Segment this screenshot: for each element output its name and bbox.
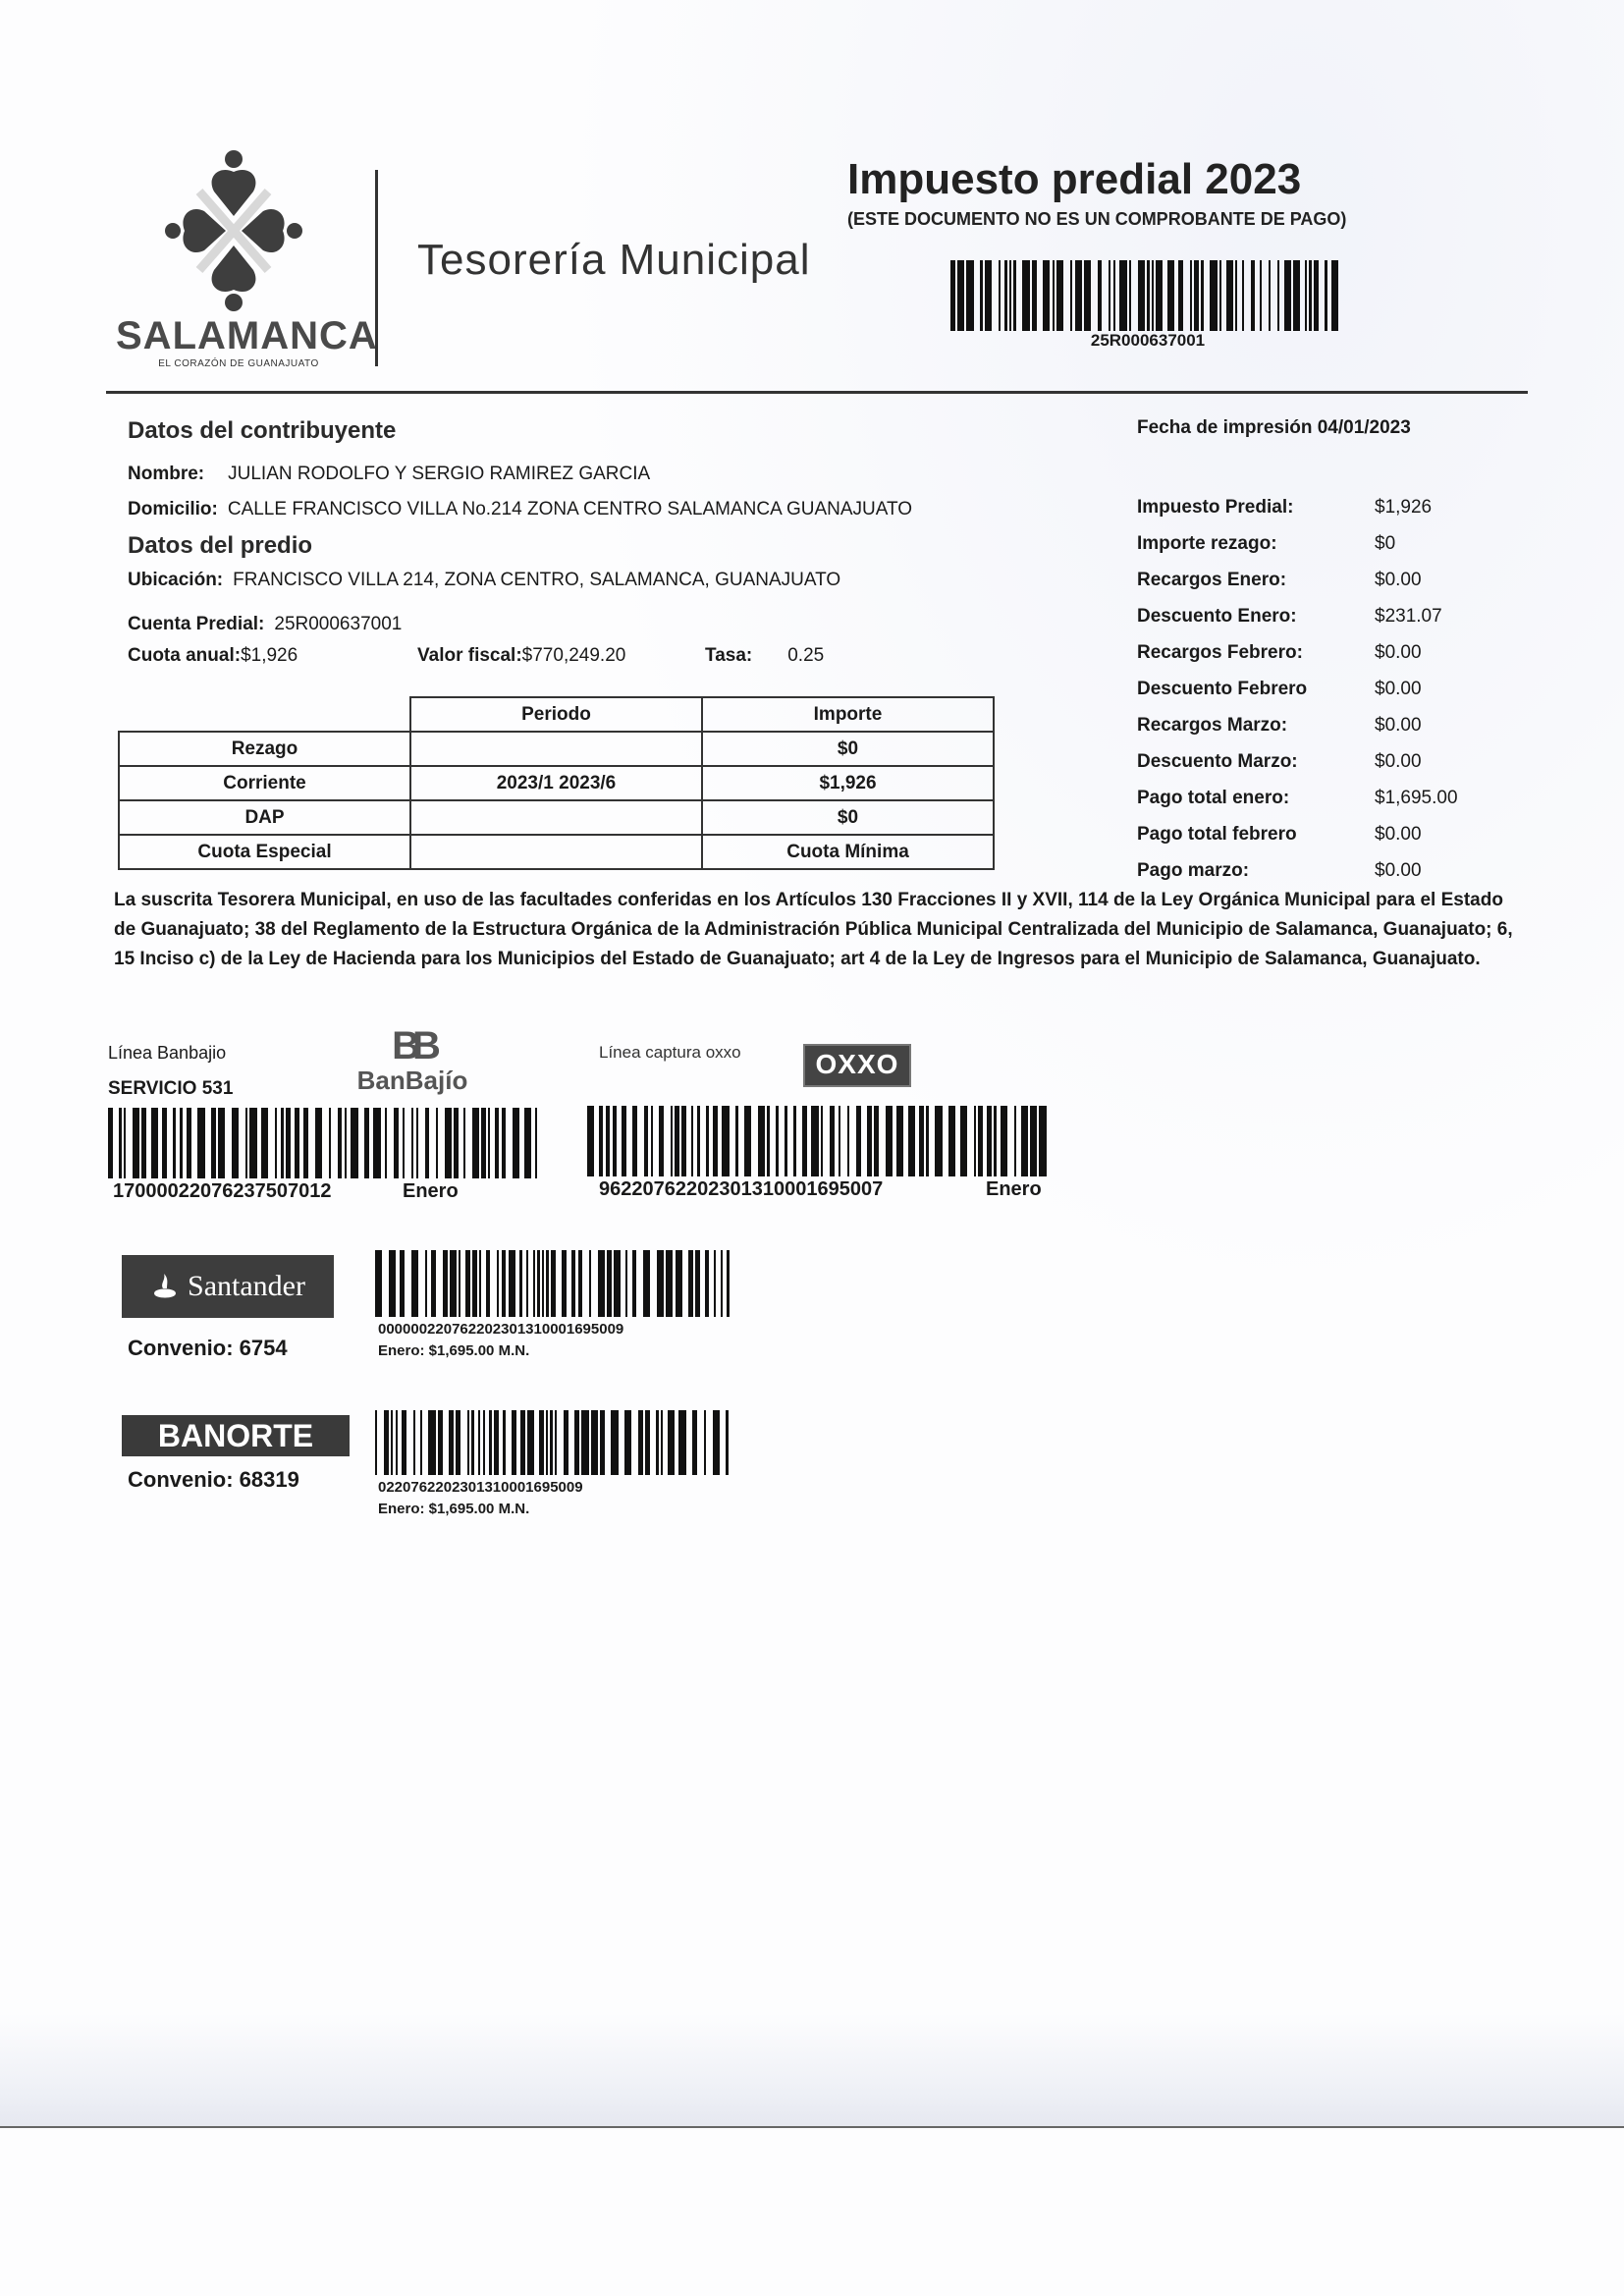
ubicacion-value: FRANCISCO VILLA 214, ZONA CENTRO, SALAMA…	[233, 570, 840, 591]
santander-amount: Enero: $1,695.00 M.N.	[378, 1342, 529, 1359]
summary-value: $0	[1375, 533, 1395, 555]
summary-label: Descuento Enero:	[1137, 606, 1375, 628]
oxxo-logo: OXXO	[803, 1044, 911, 1087]
summary-label: Recargos Febrero:	[1137, 642, 1375, 664]
account-barcode-number: 25R000637001	[950, 331, 1345, 351]
ubicacion-row: Ubicación: FRANCISCO VILLA 214, ZONA CEN…	[128, 570, 840, 591]
summary-value: $0.00	[1375, 679, 1422, 700]
oxxo-reference-number: 96220762202301310001695007	[599, 1178, 883, 1201]
summary-label: Descuento Marzo:	[1137, 751, 1375, 773]
table-cell: $0	[702, 732, 994, 766]
section-title-predio: Datos del predio	[128, 532, 312, 560]
summary-value: $0.00	[1375, 642, 1422, 664]
table-cell: Rezago	[119, 732, 410, 766]
santander-convenio: Convenio: 6754	[128, 1336, 288, 1361]
valor-fiscal-label: Valor fiscal:	[417, 645, 522, 667]
cuota-anual-row: Cuota anual: $1,926	[128, 645, 298, 667]
summary-row: Recargos Febrero:$0.00	[1137, 634, 1549, 671]
santander-reference-number: 000000220762202301310001695009	[378, 1321, 623, 1338]
table-cell: $0	[702, 800, 994, 835]
santander-flame-icon	[150, 1272, 180, 1301]
tasa-value: 0.25	[787, 645, 824, 667]
banbajio-line-label: Línea Banbajio	[108, 1043, 226, 1064]
summary-value: $0.00	[1375, 751, 1422, 773]
banorte-amount: Enero: $1,695.00 M.N.	[378, 1501, 529, 1517]
summary-value: $0.00	[1375, 570, 1422, 591]
logo-tagline: EL CORAZÓN DE GUANAJUATO	[116, 358, 361, 369]
summary-row: Descuento Marzo:$0.00	[1137, 743, 1549, 780]
legal-notice: La suscrita Tesorera Municipal, en uso d…	[114, 886, 1528, 974]
banorte-barcode	[375, 1410, 731, 1475]
summary-value: $1,926	[1375, 497, 1432, 519]
summary-row: Descuento Enero:$231.07	[1137, 598, 1549, 634]
tasa-row: Tasa: 0.25	[705, 645, 824, 667]
summary-label: Pago total enero:	[1137, 788, 1375, 809]
cuenta-predial-value: 25R000637001	[274, 614, 402, 635]
department-title: Tesorería Municipal	[417, 236, 811, 285]
banbajio-servicio: SERVICIO 531	[108, 1078, 233, 1100]
summary-value: $1,695.00	[1375, 788, 1458, 809]
page-fold-shadow	[0, 2013, 1624, 2126]
section-title-contribuyente: Datos del contribuyente	[128, 417, 396, 445]
summary-label: Recargos Enero:	[1137, 570, 1375, 591]
document-disclaimer: (ESTE DOCUMENTO NO ES UN COMPROBANTE DE …	[847, 209, 1346, 230]
table-row: Cuota EspecialCuota Mínima	[119, 835, 994, 869]
table-cell: DAP	[119, 800, 410, 835]
cuenta-predial-label: Cuenta Predial:	[128, 614, 264, 635]
table-header-importe: Importe	[702, 697, 994, 732]
periodo-table: Periodo Importe Rezago$0Corriente2023/1 …	[118, 696, 995, 870]
table-cell	[410, 732, 702, 766]
account-barcode	[950, 260, 1345, 331]
summary-row: Recargos Enero:$0.00	[1137, 562, 1549, 598]
logo-name: SALAMANCA	[116, 314, 361, 358]
banbajio-wordmark: BanBajío	[344, 1066, 481, 1095]
banbajio-month: Enero	[403, 1180, 459, 1203]
nombre-row: Nombre: JULIAN RODOLFO Y SERGIO RAMIREZ …	[128, 464, 650, 485]
summary-value: $0.00	[1375, 824, 1422, 846]
summary-row: Pago marzo:$0.00	[1137, 852, 1549, 889]
santander-wordmark: Santander	[188, 1270, 305, 1303]
table-row: Corriente2023/1 2023/6$1,926	[119, 766, 994, 800]
table-header-blank	[119, 697, 410, 732]
page-edge-line	[0, 2126, 1624, 2128]
oxxo-line-label: Línea captura oxxo	[599, 1043, 741, 1063]
summary-value: $0.00	[1375, 715, 1422, 737]
salamanca-emblem-icon	[165, 147, 302, 314]
table-cell	[410, 800, 702, 835]
nombre-value: JULIAN RODOLFO Y SERGIO RAMIREZ GARCIA	[228, 464, 650, 485]
summary-row: Pago total enero:$1,695.00	[1137, 780, 1549, 816]
oxxo-barcode	[587, 1106, 1049, 1176]
table-cell: $1,926	[702, 766, 994, 800]
summary-row: Pago total febrero$0.00	[1137, 816, 1549, 852]
domicilio-row: Domicilio: CALLE FRANCISCO VILLA No.214 …	[128, 499, 912, 520]
oxxo-month: Enero	[986, 1178, 1042, 1201]
banorte-reference-number: 0220762202301310001695009	[378, 1479, 583, 1496]
santander-barcode	[375, 1250, 731, 1317]
table-header-periodo: Periodo	[410, 697, 702, 732]
fecha-impresion: Fecha de impresión 04/01/2023	[1137, 417, 1411, 439]
summary-value: $0.00	[1375, 860, 1422, 882]
summary-label: Pago total febrero	[1137, 824, 1375, 846]
banbajio-logo: BB BanBajío	[344, 1026, 481, 1100]
banbajio-barcode	[108, 1108, 538, 1178]
payment-summary: Impuesto Predial:$1,926Importe rezago:$0…	[1137, 489, 1549, 889]
header-rule	[106, 391, 1528, 394]
table-cell: Cuota Especial	[119, 835, 410, 869]
table-cell: Corriente	[119, 766, 410, 800]
salamanca-logo: SALAMANCA EL CORAZÓN DE GUANAJUATO	[116, 147, 361, 378]
banbajio-emblem-icon: BB	[344, 1026, 481, 1066]
banorte-convenio: Convenio: 68319	[128, 1467, 299, 1493]
table-cell	[410, 835, 702, 869]
document-title: Impuesto predial 2023	[847, 155, 1301, 204]
summary-label: Pago marzo:	[1137, 860, 1375, 882]
summary-row: Impuesto Predial:$1,926	[1137, 489, 1549, 525]
table-cell: Cuota Mínima	[702, 835, 994, 869]
cuota-anual-label: Cuota anual:	[128, 645, 241, 667]
table-header-row: Periodo Importe	[119, 697, 994, 732]
cuenta-predial-row: Cuenta Predial: 25R000637001	[128, 614, 402, 635]
summary-label: Descuento Febrero	[1137, 679, 1375, 700]
domicilio-value: CALLE FRANCISCO VILLA No.214 ZONA CENTRO…	[228, 499, 912, 520]
summary-row: Importe rezago:$0	[1137, 525, 1549, 562]
table-row: Rezago$0	[119, 732, 994, 766]
valor-fiscal-value: $770,249.20	[522, 645, 626, 667]
ubicacion-label: Ubicación:	[128, 570, 223, 591]
domicilio-label: Domicilio:	[128, 499, 218, 520]
cuota-anual-value: $1,926	[241, 645, 298, 667]
tasa-label: Tasa:	[705, 645, 752, 667]
summary-row: Recargos Marzo:$0.00	[1137, 707, 1549, 743]
nombre-label: Nombre:	[128, 464, 204, 485]
summary-label: Impuesto Predial:	[1137, 497, 1375, 519]
header-divider	[375, 170, 378, 366]
banorte-wordmark: BANORTE	[158, 1418, 313, 1454]
banorte-logo: BANORTE	[122, 1415, 350, 1456]
valor-fiscal-row: Valor fiscal: $770,249.20	[417, 645, 625, 667]
table-row: DAP$0	[119, 800, 994, 835]
table-cell: 2023/1 2023/6	[410, 766, 702, 800]
summary-value: $231.07	[1375, 606, 1442, 628]
santander-logo: Santander	[122, 1255, 334, 1318]
summary-row: Descuento Febrero$0.00	[1137, 671, 1549, 707]
summary-label: Recargos Marzo:	[1137, 715, 1375, 737]
summary-label: Importe rezago:	[1137, 533, 1375, 555]
banbajio-reference-number: 17000022076237507012	[113, 1180, 331, 1203]
